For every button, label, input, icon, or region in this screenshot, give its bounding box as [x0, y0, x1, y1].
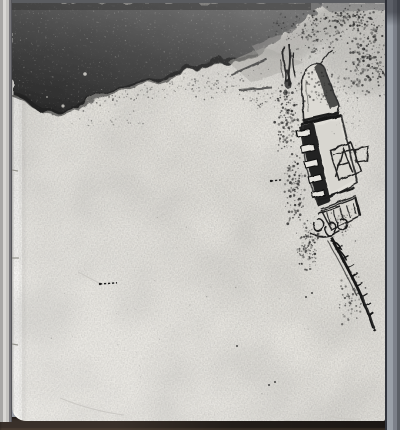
- paper-speck-in-mass: [83, 72, 87, 76]
- paper-speck-in-mass: [46, 96, 48, 98]
- book-photo: [0, 0, 400, 430]
- charcoal-drawing: [0, 0, 400, 430]
